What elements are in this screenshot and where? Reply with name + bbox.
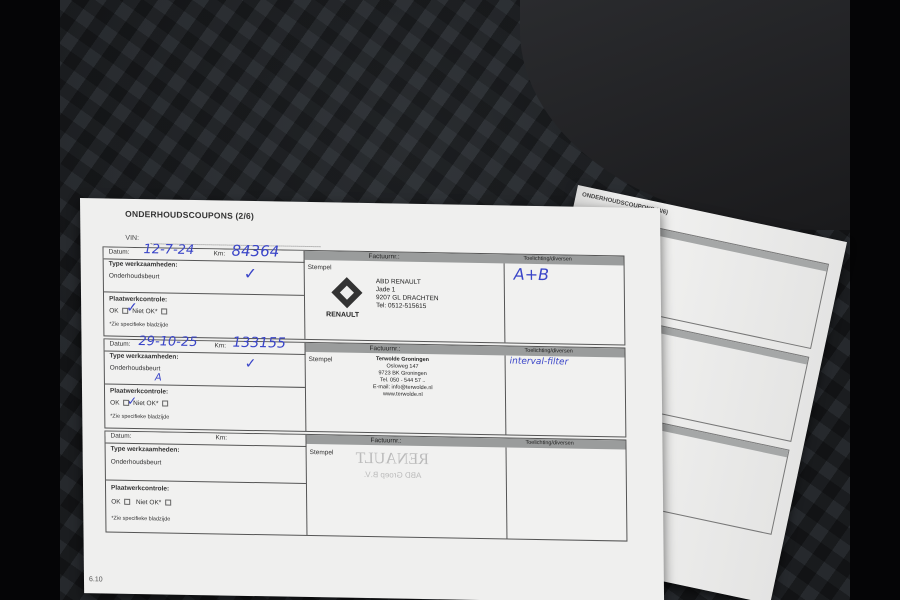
coupon-1: Datum: 12-7-24 Km: 84364 Factuurnr.: Toe… <box>103 246 626 345</box>
date-value: 12-7-24 <box>143 242 194 258</box>
coupon-2: Datum: 29-10-25 Km: 133155 Factuurnr.: T… <box>103 338 626 437</box>
left-page: ONDERHOUDSCOUPONS (2/6) VIN: Datum: 12-7… <box>80 198 664 600</box>
check-mark: ✓ <box>244 264 258 283</box>
dealer-stamp: Terwolde Groningen Osloweg 147 9723 BK G… <box>373 356 433 399</box>
dealer-stamp: ABD RENAULT Jade 1 9207 GL DRACHTEN Tel:… <box>376 278 439 311</box>
check-mark: ✓ <box>127 394 137 408</box>
vin-label: VIN: <box>125 235 139 242</box>
page-number: 6.10 <box>89 576 103 583</box>
check-mark: ✓ <box>245 356 257 372</box>
page-title: ONDERHOUDSCOUPONS (2/6) <box>125 209 254 221</box>
right-border <box>850 0 900 600</box>
km-value: 84364 <box>231 242 279 261</box>
ghost-stamp-brand: RENAULT <box>356 450 429 469</box>
renault-logo-icon <box>331 277 362 308</box>
extra-work-value: A <box>155 372 162 383</box>
coupon-3: Datum: Km: Factuurnr.: Toelichting/diver… <box>104 430 627 541</box>
notes-value: interval-filter <box>510 357 569 368</box>
date-value: 29-10-25 <box>138 334 197 350</box>
km-value: 133155 <box>232 335 286 352</box>
notes-value: A+B <box>514 265 550 285</box>
check-mark: ✓ <box>126 300 138 316</box>
left-border <box>0 0 60 600</box>
